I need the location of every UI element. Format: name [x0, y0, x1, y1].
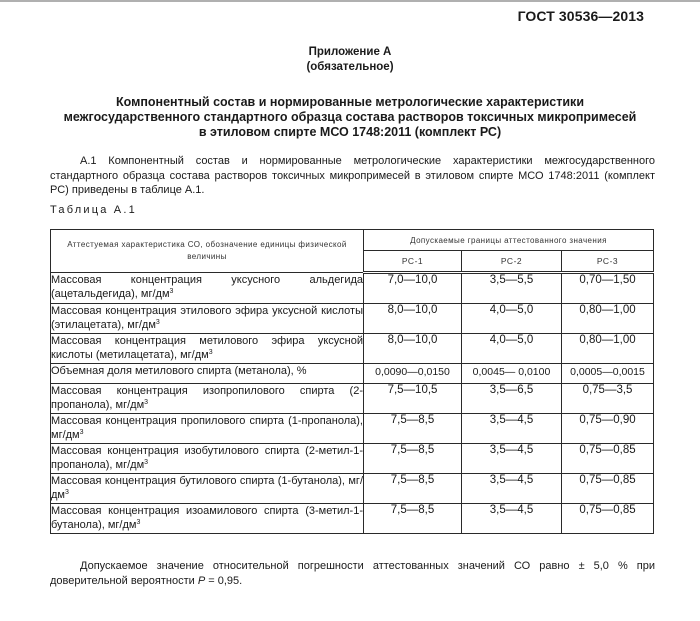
table-row: Объемная доля метилового спирта (метанол…: [51, 364, 654, 384]
value-rs3: 0,70—1,50: [562, 273, 654, 304]
characteristic-label: Массовая концентрация метилового эфира у…: [51, 335, 363, 361]
header-rs2: РС-2: [462, 251, 562, 273]
unit-exponent: 3: [156, 319, 160, 326]
value-rs2: 3,5—4,5: [462, 474, 562, 504]
row-characteristic: Массовая концентрация пропилового спирта…: [51, 414, 364, 444]
table-row: Массовая концентрация уксусного альдегид…: [51, 273, 654, 304]
value-rs2: 3,5—5,5: [462, 273, 562, 304]
characteristic-label: Массовая концентрация этилового эфира ук…: [51, 305, 363, 331]
row-characteristic: Массовая концентрация бутилового спирта …: [51, 474, 364, 504]
row-characteristic: Массовая концентрация уксусного альдегид…: [51, 273, 364, 304]
table-row: Массовая концентрация изопропилового спи…: [51, 384, 654, 414]
characteristic-label: Массовая концентрация бутилового спирта …: [51, 475, 363, 501]
value-rs2: 3,5—4,5: [462, 414, 562, 444]
value-rs2: 4,0—5,0: [462, 334, 562, 364]
row-characteristic: Массовая концентрация изоамилового спирт…: [51, 504, 364, 534]
table-row: Массовая концентрация изобутилового спир…: [51, 444, 654, 474]
row-characteristic: Массовая концентрация метилового эфира у…: [51, 334, 364, 364]
standard-code: ГОСТ 30536—2013: [518, 8, 644, 24]
table-row: Массовая концентрация пропилового спирта…: [51, 414, 654, 444]
header-limits-group: Допускаемые границы аттестованного значе…: [364, 230, 654, 251]
value-rs3: 0,75—0,90: [562, 414, 654, 444]
annex-status: (обязательное): [0, 61, 700, 73]
value-rs1: 8,0—10,0: [364, 334, 462, 364]
value-rs3: 0,0005—0,0015: [562, 364, 654, 384]
header-characteristic: Аттестуемая характеристика СО, обозначен…: [51, 230, 364, 273]
header-rs3: РС-3: [562, 251, 654, 273]
intro-paragraph: А.1 Компонентный состав и нормированные …: [50, 154, 655, 198]
value-rs1: 7,5—8,5: [364, 474, 462, 504]
unit-exponent: 3: [144, 399, 148, 406]
row-characteristic: Массовая концентрация изобутилового спир…: [51, 444, 364, 474]
document-title: Компонентный состав и нормированные метр…: [60, 95, 640, 140]
table-row: Массовая концентрация этилового эфира ук…: [51, 304, 654, 334]
unit-exponent: 3: [80, 429, 84, 436]
tolerance-note: Допускаемое значение относительной погре…: [50, 559, 655, 588]
value-rs1: 7,0—10,0: [364, 273, 462, 304]
unit-exponent: 3: [65, 489, 69, 496]
value-rs3: 0,80—1,00: [562, 304, 654, 334]
value-rs2: 3,5—4,5: [462, 504, 562, 534]
value-rs3: 0,80—1,00: [562, 334, 654, 364]
characteristics-table: Аттестуемая характеристика СО, обозначен…: [50, 229, 654, 534]
characteristic-label: Массовая концентрация изопропилового спи…: [51, 385, 363, 411]
value-rs1: 7,5—8,5: [364, 504, 462, 534]
row-characteristic: Массовая концентрация изопропилового спи…: [51, 384, 364, 414]
table-row: Массовая концентрация метилового эфира у…: [51, 334, 654, 364]
characteristic-label: Массовая концентрация пропилового спирта…: [51, 415, 363, 441]
row-characteristic: Объемная доля метилового спирта (метанол…: [51, 364, 364, 384]
value-rs1: 0,0090—0,0150: [364, 364, 462, 384]
unit-exponent: 3: [209, 349, 213, 356]
value-rs3: 0,75—0,85: [562, 504, 654, 534]
value-rs2: 3,5—6,5: [462, 384, 562, 414]
value-rs2: 0,0045— 0,0100: [462, 364, 562, 384]
table-row: Массовая концентрация бутилового спирта …: [51, 474, 654, 504]
value-rs3: 0,75—3,5: [562, 384, 654, 414]
value-rs2: 4,0—5,0: [462, 304, 562, 334]
value-rs3: 0,75—0,85: [562, 474, 654, 504]
characteristic-label: Объемная доля метилового спирта (метанол…: [51, 365, 307, 377]
table-row: Массовая концентрация изоамилового спирт…: [51, 504, 654, 534]
characteristic-label: Массовая концентрация изобутилового спир…: [51, 445, 363, 471]
value-rs1: 7,5—8,5: [364, 414, 462, 444]
note-text-after: = 0,95.: [205, 575, 242, 587]
row-characteristic: Массовая концентрация этилового эфира ук…: [51, 304, 364, 334]
value-rs1: 8,0—10,0: [364, 304, 462, 334]
annex-title: Приложение А: [0, 46, 700, 58]
unit-exponent: 3: [136, 519, 140, 526]
table-caption: Таблица А.1: [50, 204, 137, 216]
unit-exponent: 3: [170, 288, 174, 295]
note-text-before: Допускаемое значение относительной погре…: [50, 560, 655, 587]
value-rs1: 7,5—8,5: [364, 444, 462, 474]
characteristic-label: Массовая концентрация изоамилового спирт…: [51, 505, 363, 531]
value-rs2: 3,5—4,5: [462, 444, 562, 474]
characteristic-label: Массовая концентрация уксусного альдегид…: [51, 274, 363, 300]
value-rs3: 0,75—0,85: [562, 444, 654, 474]
unit-exponent: 3: [144, 459, 148, 466]
page-top-rule: [0, 0, 700, 2]
value-rs1: 7,5—10,5: [364, 384, 462, 414]
header-rs1: РС-1: [364, 251, 462, 273]
